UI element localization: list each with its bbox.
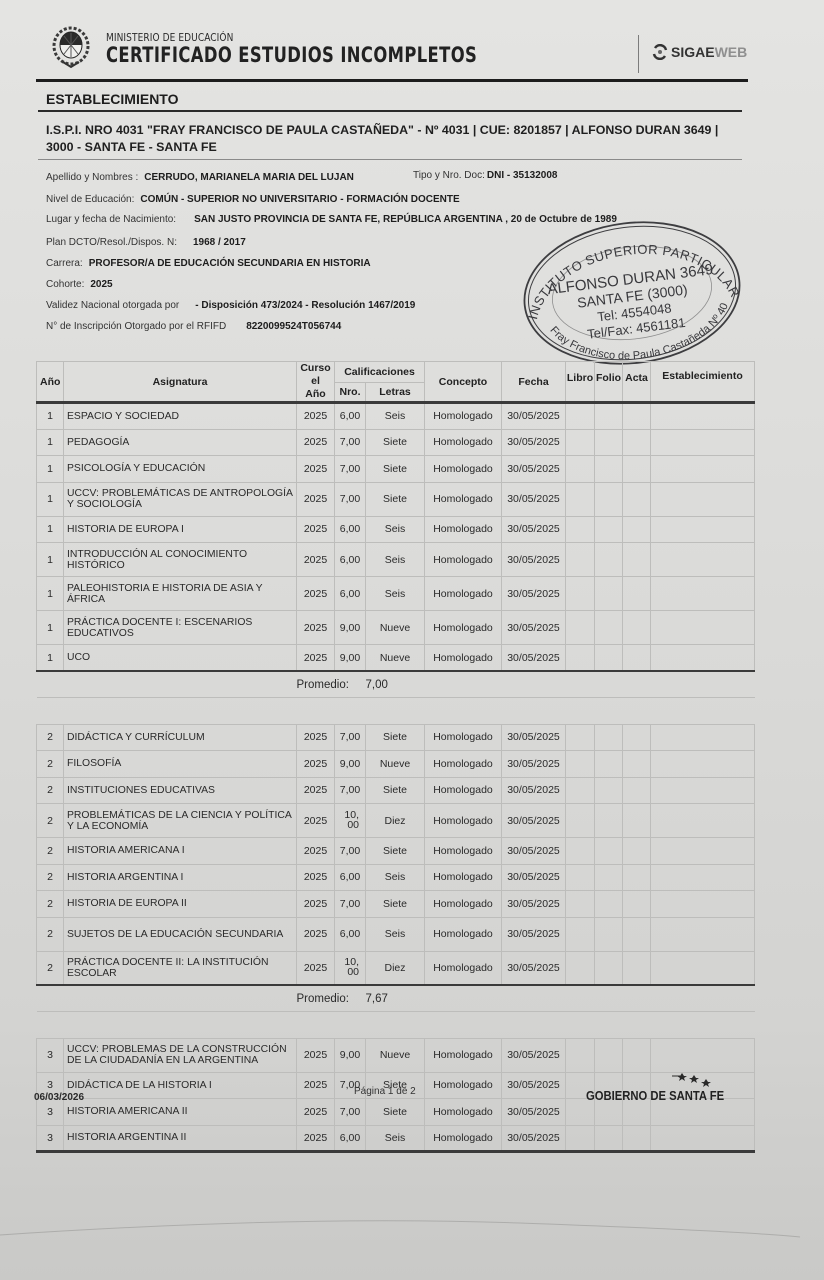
cell-letras: Seis xyxy=(366,577,425,611)
cell-asignatura: HISTORIA ARGENTINA I xyxy=(64,864,297,891)
cell-nro: 9,00 xyxy=(335,751,366,778)
cell-asignatura: PROBLEMÁTICAS DE LA CIENCIA Y POLÍTICA Y… xyxy=(64,804,297,838)
cell-concepto: Homologado xyxy=(425,482,502,516)
cell-asignatura: PRÁCTICA DOCENTE I: ESCENARIOS EDUCATIVO… xyxy=(64,611,297,645)
cell-acta xyxy=(623,645,651,672)
cell-folio xyxy=(595,751,623,778)
cell-libro xyxy=(566,429,595,456)
cell-libro xyxy=(566,751,595,778)
cell-fecha: 30/05/2025 xyxy=(502,751,566,778)
cell-libro xyxy=(566,777,595,804)
cell-folio xyxy=(595,777,623,804)
cell-asignatura: UCCV: PROBLEMAS DE LA CONSTRUCCIÓN DE LA… xyxy=(64,1038,297,1072)
cell-concepto: Homologado xyxy=(425,611,502,645)
cell-anio: 2 xyxy=(37,951,64,985)
cell-libro xyxy=(566,891,595,918)
cell-libro xyxy=(566,482,595,516)
cell-nro: 6,00 xyxy=(335,1125,366,1152)
cell-concepto: Homologado xyxy=(425,917,502,951)
cell-folio xyxy=(595,804,623,838)
cell-letras: Diez xyxy=(366,804,425,838)
cell-libro xyxy=(566,543,595,577)
cell-anio: 1 xyxy=(37,456,64,483)
cell-asignatura: UCO xyxy=(64,645,297,672)
table-row: 1UCCV: PROBLEMÁTICAS DE ANTROPOLOGÍA Y S… xyxy=(37,482,755,516)
cell-libro xyxy=(566,645,595,672)
table-row: 1PALEOHISTORIA E HISTORIA DE ASIA Y ÁFRI… xyxy=(37,577,755,611)
section-rule xyxy=(38,110,742,112)
cell-nro: 7,00 xyxy=(335,838,366,865)
cohort-year: 2025 xyxy=(90,279,112,290)
cell-asignatura: PSICOLOGÍA Y EDUCACIÓN xyxy=(64,456,297,483)
cell-folio xyxy=(595,456,623,483)
cell-nro: 9,00 xyxy=(335,645,366,672)
header-calificaciones: Calificaciones xyxy=(335,362,425,383)
cell-nro: 7,00 xyxy=(335,482,366,516)
rfifd-label: N° de Inscripción Otorgado por el RFIFD xyxy=(46,321,226,332)
average-label: Promedio: xyxy=(297,671,366,698)
cell-anio: 1 xyxy=(37,645,64,672)
cell-acta xyxy=(623,864,651,891)
cell-acta xyxy=(623,951,651,985)
cell-letras: Seis xyxy=(366,543,425,577)
grades-table-body: 1ESPACIO Y SOCIEDAD20256,00SeisHomologad… xyxy=(37,403,755,1152)
cell-fecha: 30/05/2025 xyxy=(502,403,566,430)
cell-establecimiento xyxy=(651,1038,755,1072)
cell-letras: Nueve xyxy=(366,751,425,778)
cell-letras: Seis xyxy=(366,917,425,951)
grade-number: 10,00 xyxy=(341,810,359,830)
cell-asignatura: INTRODUCCIÓN AL CONOCIMIENTO HISTÓRICO xyxy=(64,543,297,577)
cell-fecha: 30/05/2025 xyxy=(502,543,566,577)
cell-establecimiento xyxy=(651,891,755,918)
cell-concepto: Homologado xyxy=(425,1038,502,1072)
cell-curso: 2025 xyxy=(297,645,335,672)
cell-folio xyxy=(595,611,623,645)
cell-acta xyxy=(623,516,651,543)
cell-nro: 7,00 xyxy=(335,891,366,918)
cell-asignatura: PRÁCTICA DOCENTE II: LA INSTITUCIÓN ESCO… xyxy=(64,951,297,985)
cell-nro: 7,00 xyxy=(335,724,366,751)
education-level-label: Nivel de Educación: xyxy=(46,194,134,205)
table-row: 2PRÁCTICA DOCENTE II: LA INSTITUCIÓN ESC… xyxy=(37,951,755,985)
cell-libro xyxy=(566,611,595,645)
cell-libro xyxy=(566,804,595,838)
sigae-logo: SIGAEWEB xyxy=(652,44,747,60)
cell-concepto: Homologado xyxy=(425,864,502,891)
cell-curso: 2025 xyxy=(297,1099,335,1126)
cell-establecimiento xyxy=(651,403,755,430)
header-anio: Año xyxy=(37,362,64,403)
grades-table: Año Asignatura Curso el Año Calificacion… xyxy=(36,361,755,1153)
cell-fecha: 30/05/2025 xyxy=(502,1125,566,1152)
cell-libro xyxy=(566,838,595,865)
cell-folio xyxy=(595,645,623,672)
table-row: 1PSICOLOGÍA Y EDUCACIÓN20257,00SieteHomo… xyxy=(37,456,755,483)
cell-fecha: 30/05/2025 xyxy=(502,645,566,672)
cell-folio xyxy=(595,724,623,751)
cell-fecha: 30/05/2025 xyxy=(502,577,566,611)
cell-concepto: Homologado xyxy=(425,777,502,804)
cell-concepto: Homologado xyxy=(425,456,502,483)
header-asignatura: Asignatura xyxy=(64,362,297,403)
cell-acta xyxy=(623,777,651,804)
cell-letras: Nueve xyxy=(366,611,425,645)
cell-asignatura: DIDÁCTICA DE LA HISTORIA I xyxy=(64,1072,297,1099)
table-row: 2PROBLEMÁTICAS DE LA CIENCIA Y POLÍTICA … xyxy=(37,804,755,838)
cell-libro xyxy=(566,864,595,891)
cell-acta xyxy=(623,838,651,865)
cell-establecimiento xyxy=(651,724,755,751)
cell-establecimiento xyxy=(651,864,755,891)
cell-folio xyxy=(595,1038,623,1072)
institution-stamp: INSTITUTO SUPERIOR PARTICULAR INCORPORAD… xyxy=(519,218,745,368)
cell-folio xyxy=(595,838,623,865)
cell-curso: 2025 xyxy=(297,456,335,483)
cell-letras: Seis xyxy=(366,864,425,891)
cell-asignatura: DIDÁCTICA Y CURRÍCULUM xyxy=(64,724,297,751)
cell-asignatura: HISTORIA AMERICANA II xyxy=(64,1099,297,1126)
cell-curso: 2025 xyxy=(297,1038,335,1072)
cell-curso: 2025 xyxy=(297,429,335,456)
plan-label: Plan DCTO/Resol./Dispos. N: xyxy=(46,237,177,248)
cell-curso: 2025 xyxy=(297,751,335,778)
cell-anio: 2 xyxy=(37,804,64,838)
cell-establecimiento xyxy=(651,577,755,611)
cell-folio xyxy=(595,482,623,516)
sigae-swirl-icon xyxy=(652,44,668,60)
cell-nro: 10,00 xyxy=(335,951,366,985)
cell-letras: Diez xyxy=(366,951,425,985)
cell-acta xyxy=(623,482,651,516)
cell-asignatura: HISTORIA AMERICANA I xyxy=(64,838,297,865)
cohort-row: Cohorte:2025 xyxy=(46,279,113,290)
cell-curso: 2025 xyxy=(297,516,335,543)
institution-details: I.S.P.I. NRO 4031 "FRAY FRANCISCO DE PAU… xyxy=(46,122,746,156)
document-title: CERTIFICADO ESTUDIOS INCOMPLETOS xyxy=(106,43,477,67)
cell-libro xyxy=(566,917,595,951)
cell-libro xyxy=(566,1125,595,1152)
validity-resolution: - Disposición 473/2024 - Resolución 1467… xyxy=(195,300,415,311)
cell-concepto: Homologado xyxy=(425,891,502,918)
validity-row: Validez Nacional otorgada por- Disposici… xyxy=(46,300,415,311)
brand-main: SIGAE xyxy=(671,44,715,60)
cell-nro: 7,00 xyxy=(335,429,366,456)
cell-acta xyxy=(623,1038,651,1072)
header-acta: Acta xyxy=(623,362,651,403)
cell-curso: 2025 xyxy=(297,577,335,611)
cell-asignatura: INSTITUCIONES EDUCATIVAS xyxy=(64,777,297,804)
cell-acta xyxy=(623,403,651,430)
cell-letras: Siete xyxy=(366,777,425,804)
cell-asignatura: PALEOHISTORIA E HISTORIA DE ASIA Y ÁFRIC… xyxy=(64,577,297,611)
cell-curso: 2025 xyxy=(297,838,335,865)
cell-acta xyxy=(623,543,651,577)
cell-anio: 2 xyxy=(37,917,64,951)
cell-nro: 6,00 xyxy=(335,917,366,951)
cell-folio xyxy=(595,1125,623,1152)
cell-anio: 2 xyxy=(37,751,64,778)
student-name-label: Apellido y Nombres : xyxy=(46,172,138,183)
header-letras: Letras xyxy=(366,383,425,403)
cell-acta xyxy=(623,724,651,751)
cell-acta xyxy=(623,429,651,456)
rfifd-number: 8220099524T056744 xyxy=(246,321,341,332)
cell-acta xyxy=(623,577,651,611)
cell-fecha: 30/05/2025 xyxy=(502,611,566,645)
cell-nro: 6,00 xyxy=(335,516,366,543)
cohort-label: Cohorte: xyxy=(46,279,84,290)
cell-anio: 3 xyxy=(37,1125,64,1152)
cell-curso: 2025 xyxy=(297,611,335,645)
cell-curso: 2025 xyxy=(297,917,335,951)
brand-suffix: WEB xyxy=(715,44,748,60)
cell-concepto: Homologado xyxy=(425,403,502,430)
cell-curso: 2025 xyxy=(297,804,335,838)
cell-libro xyxy=(566,577,595,611)
cell-concepto: Homologado xyxy=(425,751,502,778)
cell-fecha: 30/05/2025 xyxy=(502,917,566,951)
cell-fecha: 30/05/2025 xyxy=(502,1099,566,1126)
cell-fecha: 30/05/2025 xyxy=(502,777,566,804)
cell-establecimiento xyxy=(651,429,755,456)
cell-establecimiento xyxy=(651,645,755,672)
cell-nro: 7,00 xyxy=(335,1099,366,1126)
cell-letras: Siete xyxy=(366,482,425,516)
cell-folio xyxy=(595,403,623,430)
cell-fecha: 30/05/2025 xyxy=(502,838,566,865)
cell-anio: 1 xyxy=(37,611,64,645)
cell-concepto: Homologado xyxy=(425,838,502,865)
cell-concepto: Homologado xyxy=(425,645,502,672)
cell-folio xyxy=(595,577,623,611)
cell-fecha: 30/05/2025 xyxy=(502,864,566,891)
cell-fecha: 30/05/2025 xyxy=(502,891,566,918)
cell-acta xyxy=(623,456,651,483)
cell-letras: Siete xyxy=(366,724,425,751)
cell-anio: 1 xyxy=(37,577,64,611)
cell-concepto: Homologado xyxy=(425,516,502,543)
cell-establecimiento xyxy=(651,1125,755,1152)
cell-fecha: 30/05/2025 xyxy=(502,456,566,483)
cell-curso: 2025 xyxy=(297,482,335,516)
cell-concepto: Homologado xyxy=(425,577,502,611)
average-row: Promedio:7,67 xyxy=(37,985,755,1012)
average-row: Promedio:7,00 xyxy=(37,671,755,698)
plan-row: Plan DCTO/Resol./Dispos. N:1968 / 2017 xyxy=(46,237,246,248)
table-row: 1INTRODUCCIÓN AL CONOCIMIENTO HISTÓRICO2… xyxy=(37,543,755,577)
cell-nro: 9,00 xyxy=(335,611,366,645)
cell-letras: Siete xyxy=(366,838,425,865)
cell-letras: Siete xyxy=(366,891,425,918)
cell-establecimiento xyxy=(651,917,755,951)
cell-folio xyxy=(595,543,623,577)
average-value: 7,67 xyxy=(366,985,755,1012)
cell-concepto: Homologado xyxy=(425,543,502,577)
header-curso: Curso el Año xyxy=(297,362,335,403)
cell-curso: 2025 xyxy=(297,403,335,430)
header-establecimiento: Establecimiento xyxy=(651,362,755,403)
cell-acta xyxy=(623,751,651,778)
cell-anio: 3 xyxy=(37,1038,64,1072)
student-name-row: Apellido y Nombres :CERRUDO, MARIANELA M… xyxy=(46,172,354,183)
table-row: 3UCCV: PROBLEMAS DE LA CONSTRUCCIÓN DE L… xyxy=(37,1038,755,1072)
document-row: Tipo y Nro. Doc:DNI - 35132008 xyxy=(413,170,557,181)
cell-fecha: 30/05/2025 xyxy=(502,1072,566,1099)
table-row: 2HISTORIA ARGENTINA I20256,00SeisHomolog… xyxy=(37,864,755,891)
cell-establecimiento xyxy=(651,611,755,645)
grade-number: 10,00 xyxy=(341,957,359,977)
table-row: 3HISTORIA ARGENTINA II20256,00SeisHomolo… xyxy=(37,1125,755,1152)
institution-rule xyxy=(38,159,742,160)
cell-libro xyxy=(566,1038,595,1072)
table-row: 2HISTORIA AMERICANA I20257,00SieteHomolo… xyxy=(37,838,755,865)
cell-establecimiento xyxy=(651,482,755,516)
cell-letras: Siete xyxy=(366,429,425,456)
cell-establecimiento xyxy=(651,838,755,865)
cell-nro: 6,00 xyxy=(335,577,366,611)
cell-letras: Siete xyxy=(366,1099,425,1126)
header-libro: Libro xyxy=(566,362,595,403)
cell-nro: 6,00 xyxy=(335,864,366,891)
print-date: 06/03/2026 xyxy=(34,1092,84,1103)
document-number: DNI - 35132008 xyxy=(487,170,558,181)
cell-establecimiento xyxy=(651,543,755,577)
paper-crease xyxy=(0,1215,824,1255)
cell-curso: 2025 xyxy=(297,543,335,577)
certificate-page: MINISTERIO DE EDUCACIÓN CERTIFICADO ESTU… xyxy=(0,0,824,1280)
career-name: PROFESOR/A DE EDUCACIÓN SECUNDARIA EN HI… xyxy=(89,258,371,269)
header-divider xyxy=(638,35,639,73)
cell-concepto: Homologado xyxy=(425,1072,502,1099)
cell-establecimiento xyxy=(651,456,755,483)
cell-nro: 9,00 xyxy=(335,1038,366,1072)
cell-anio: 1 xyxy=(37,482,64,516)
cell-letras: Seis xyxy=(366,403,425,430)
cell-curso: 2025 xyxy=(297,1125,335,1152)
cell-curso: 2025 xyxy=(297,724,335,751)
cell-nro: 7,00 xyxy=(335,777,366,804)
cell-anio: 1 xyxy=(37,543,64,577)
cell-letras: Nueve xyxy=(366,1038,425,1072)
cell-establecimiento xyxy=(651,777,755,804)
cell-curso: 2025 xyxy=(297,777,335,804)
cell-libro xyxy=(566,724,595,751)
cell-establecimiento xyxy=(651,751,755,778)
average-value: 7,00 xyxy=(366,671,755,698)
birth-label: Lugar y fecha de Nacimiento: xyxy=(46,214,176,225)
cell-acta xyxy=(623,1125,651,1152)
cell-anio: 2 xyxy=(37,891,64,918)
cell-asignatura: ESPACIO Y SOCIEDAD xyxy=(64,403,297,430)
section-title-establecimiento: ESTABLECIMIENTO xyxy=(46,91,179,107)
cell-concepto: Homologado xyxy=(425,724,502,751)
cell-asignatura: HISTORIA DE EUROPA I xyxy=(64,516,297,543)
average-label: Promedio: xyxy=(297,985,366,1012)
cell-concepto: Homologado xyxy=(425,1125,502,1152)
cell-folio xyxy=(595,917,623,951)
cell-anio: 2 xyxy=(37,864,64,891)
cell-letras: Seis xyxy=(366,1125,425,1152)
cell-libro xyxy=(566,456,595,483)
cell-acta xyxy=(623,611,651,645)
cell-anio: 2 xyxy=(37,724,64,751)
cell-asignatura: HISTORIA DE EUROPA II xyxy=(64,891,297,918)
cell-acta xyxy=(623,891,651,918)
cell-anio: 2 xyxy=(37,777,64,804)
cell-curso: 2025 xyxy=(297,864,335,891)
cell-acta xyxy=(623,917,651,951)
cell-asignatura: SUJETOS DE LA EDUCACIÓN SECUNDARIA xyxy=(64,917,297,951)
cell-establecimiento xyxy=(651,516,755,543)
page-number: Página 1 de 2 xyxy=(354,1086,416,1097)
header-folio: Folio xyxy=(595,362,623,403)
cell-fecha: 30/05/2025 xyxy=(502,951,566,985)
cell-concepto: Homologado xyxy=(425,951,502,985)
cell-anio: 1 xyxy=(37,516,64,543)
table-row: 1UCO20259,00NueveHomologado30/05/2025 xyxy=(37,645,755,672)
cell-acta xyxy=(623,804,651,838)
cell-concepto: Homologado xyxy=(425,1099,502,1126)
cell-curso: 2025 xyxy=(297,891,335,918)
cell-libro xyxy=(566,951,595,985)
header-concepto: Concepto xyxy=(425,362,502,403)
cell-nro: 6,00 xyxy=(335,543,366,577)
cell-nro: 10,00 xyxy=(335,804,366,838)
validity-label: Validez Nacional otorgada por xyxy=(46,300,179,311)
cell-asignatura: FILOSOFÍA xyxy=(64,751,297,778)
header-nro: Nro. xyxy=(335,383,366,403)
table-row: 2DIDÁCTICA Y CURRÍCULUM20257,00SieteHomo… xyxy=(37,724,755,751)
cell-establecimiento xyxy=(651,804,755,838)
government-logo-text: GOBIERNO DE SANTA FE xyxy=(586,1089,724,1103)
cell-letras: Siete xyxy=(366,456,425,483)
cell-folio xyxy=(595,516,623,543)
table-row: 1PEDAGOGÍA20257,00SieteHomologado30/05/2… xyxy=(37,429,755,456)
cell-anio: 1 xyxy=(37,429,64,456)
cell-fecha: 30/05/2025 xyxy=(502,1038,566,1072)
rfifd-row: N° de Inscripción Otorgado por el RFIFD8… xyxy=(46,321,341,332)
cell-fecha: 30/05/2025 xyxy=(502,482,566,516)
table-row: 2SUJETOS DE LA EDUCACIÓN SECUNDARIA20256… xyxy=(37,917,755,951)
cell-fecha: 30/05/2025 xyxy=(502,429,566,456)
cell-curso: 2025 xyxy=(297,1072,335,1099)
cell-asignatura: PEDAGOGÍA xyxy=(64,429,297,456)
table-row: 2HISTORIA DE EUROPA II20257,00SieteHomol… xyxy=(37,891,755,918)
cell-curso: 2025 xyxy=(297,951,335,985)
career-label: Carrera: xyxy=(46,258,83,269)
cell-concepto: Homologado xyxy=(425,429,502,456)
cell-establecimiento xyxy=(651,951,755,985)
cell-asignatura: UCCV: PROBLEMÁTICAS DE ANTROPOLOGÍA Y SO… xyxy=(64,482,297,516)
cell-letras: Nueve xyxy=(366,645,425,672)
table-row: 1ESPACIO Y SOCIEDAD20256,00SeisHomologad… xyxy=(37,403,755,430)
cell-folio xyxy=(595,951,623,985)
cell-fecha: 30/05/2025 xyxy=(502,724,566,751)
cell-anio: 2 xyxy=(37,838,64,865)
cell-nro: 7,00 xyxy=(335,456,366,483)
table-row: 2FILOSOFÍA20259,00NueveHomologado30/05/2… xyxy=(37,751,755,778)
document-label: Tipo y Nro. Doc: xyxy=(413,170,485,181)
header-fecha: Fecha xyxy=(502,362,566,403)
cell-concepto: Homologado xyxy=(425,804,502,838)
cell-folio xyxy=(595,864,623,891)
cell-letras: Seis xyxy=(366,516,425,543)
cell-fecha: 30/05/2025 xyxy=(502,804,566,838)
cell-nro: 6,00 xyxy=(335,403,366,430)
cell-libro xyxy=(566,516,595,543)
cell-anio: 1 xyxy=(37,403,64,430)
